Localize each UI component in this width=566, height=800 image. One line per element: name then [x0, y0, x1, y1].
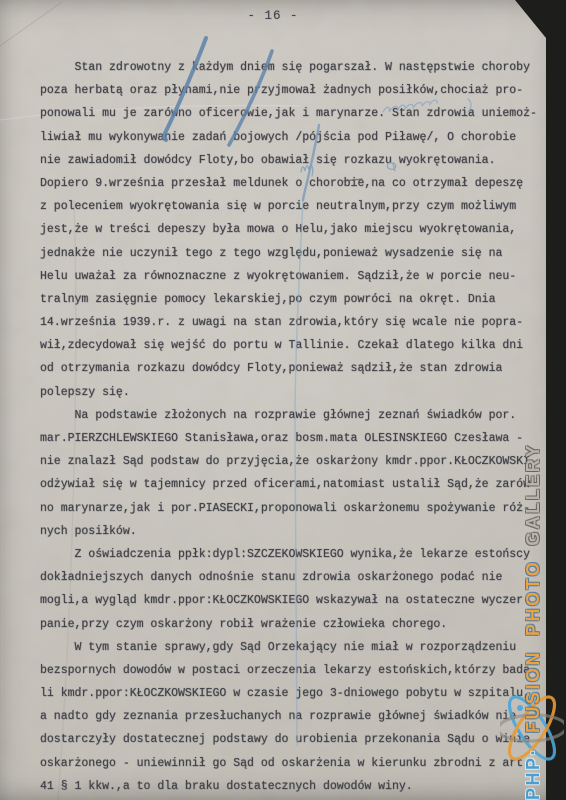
document-line: wił,zdecydował się wejść do portu w Tall… [40, 334, 540, 357]
document-line: jest,że w treści depeszy była mowa o Hel… [40, 218, 540, 241]
document-line: polepszy się. [40, 381, 540, 404]
document-line: Dopiero 9.września przesłał meldunek o c… [40, 172, 540, 195]
document-line: mogli,a wygląd kmdr.ppor:KŁOCZKOWSKIEGO … [40, 589, 540, 612]
watermark-word: GALLERY [523, 443, 544, 546]
watermark: PHP·FUSIONPHOTOGALLERY [519, 408, 547, 800]
scanned-document-page: - 16 - Stan zdrowotny z każdym dniem się… [0, 0, 566, 800]
document-line: odżywiał się w tajemnicy przed oficerami… [40, 473, 540, 496]
watermark-word: FUSION [523, 650, 544, 733]
document-line: nych posiłków. [40, 520, 540, 543]
document-line: nie zawiadomił dowódcy Floty,bo obawiał … [40, 149, 540, 172]
document-line: Z oświadczenia ppłk:dypl:SZCZEKOWSKIEGO … [40, 543, 540, 566]
page-number: - 16 - [0, 9, 546, 23]
document-line: no marynarze,jak i por.PIASECKI,proponow… [40, 497, 540, 520]
document-body: Stan zdrowotny z każdym dniem się pogars… [40, 56, 540, 798]
document-line: bezspornych dowodów w postaci orzeczenia… [40, 659, 540, 682]
document-line: ponowali mu je zarówno oficerowie,jak i … [40, 102, 540, 125]
document-line: 14.września 1939.r. z uwagi na stan zdro… [40, 311, 540, 334]
document-line: mar.PIERZCHLEWSKIEGO Stanisława,oraz bos… [40, 427, 540, 450]
document-line: a nadto gdy zeznania przesłuchanych na r… [40, 705, 540, 728]
document-line: poza herbatą oraz płynami,nie przyjmował… [40, 79, 540, 102]
document-line: Helu uważał za równoznaczne z wyokrętowa… [40, 265, 540, 288]
document-line: nie znalazł Sąd podstaw do przyjęcia,że … [40, 450, 540, 473]
document-line: z poleceniem wyokrętowania się w porcie … [40, 195, 540, 218]
document-line: li kmdr.ppor:KŁOCZKOWSKIEGO w czasie jeg… [40, 682, 540, 705]
document-line: dokładniejszych danych odnośnie stanu zd… [40, 566, 540, 589]
document-line: Na podstawie złożonych na rozprawie głów… [40, 404, 540, 427]
document-line: W tym stanie sprawy,gdy Sąd Orzekający n… [40, 636, 540, 659]
document-line: oskarżonego - uniewinnił go Sąd od oskar… [40, 752, 540, 775]
document-line: liwiał mu wykonywanie zadań bojowych /pó… [40, 126, 540, 149]
document-line: dostarczyły dostatecznej podstawy do uro… [40, 728, 540, 751]
document-line: tralnym zasięgnie pomocy lekarskiej,po c… [40, 288, 540, 311]
document-line: jednakże nie uczynił tego z tego względu… [40, 242, 540, 265]
document-line: od otrzymania rozkazu dowódcy Floty,poni… [40, 357, 540, 380]
watermark-word: PHP· [523, 747, 544, 800]
document-line: Stan zdrowotny z każdym dniem się pogars… [40, 56, 540, 79]
document-line: 41 § 1 kkw.,a to dla braku dostatecznych… [40, 775, 540, 798]
watermark-word: PHOTO [523, 560, 544, 636]
document-line: panie,przy czym oskarżony robił wrażenie… [40, 613, 540, 636]
